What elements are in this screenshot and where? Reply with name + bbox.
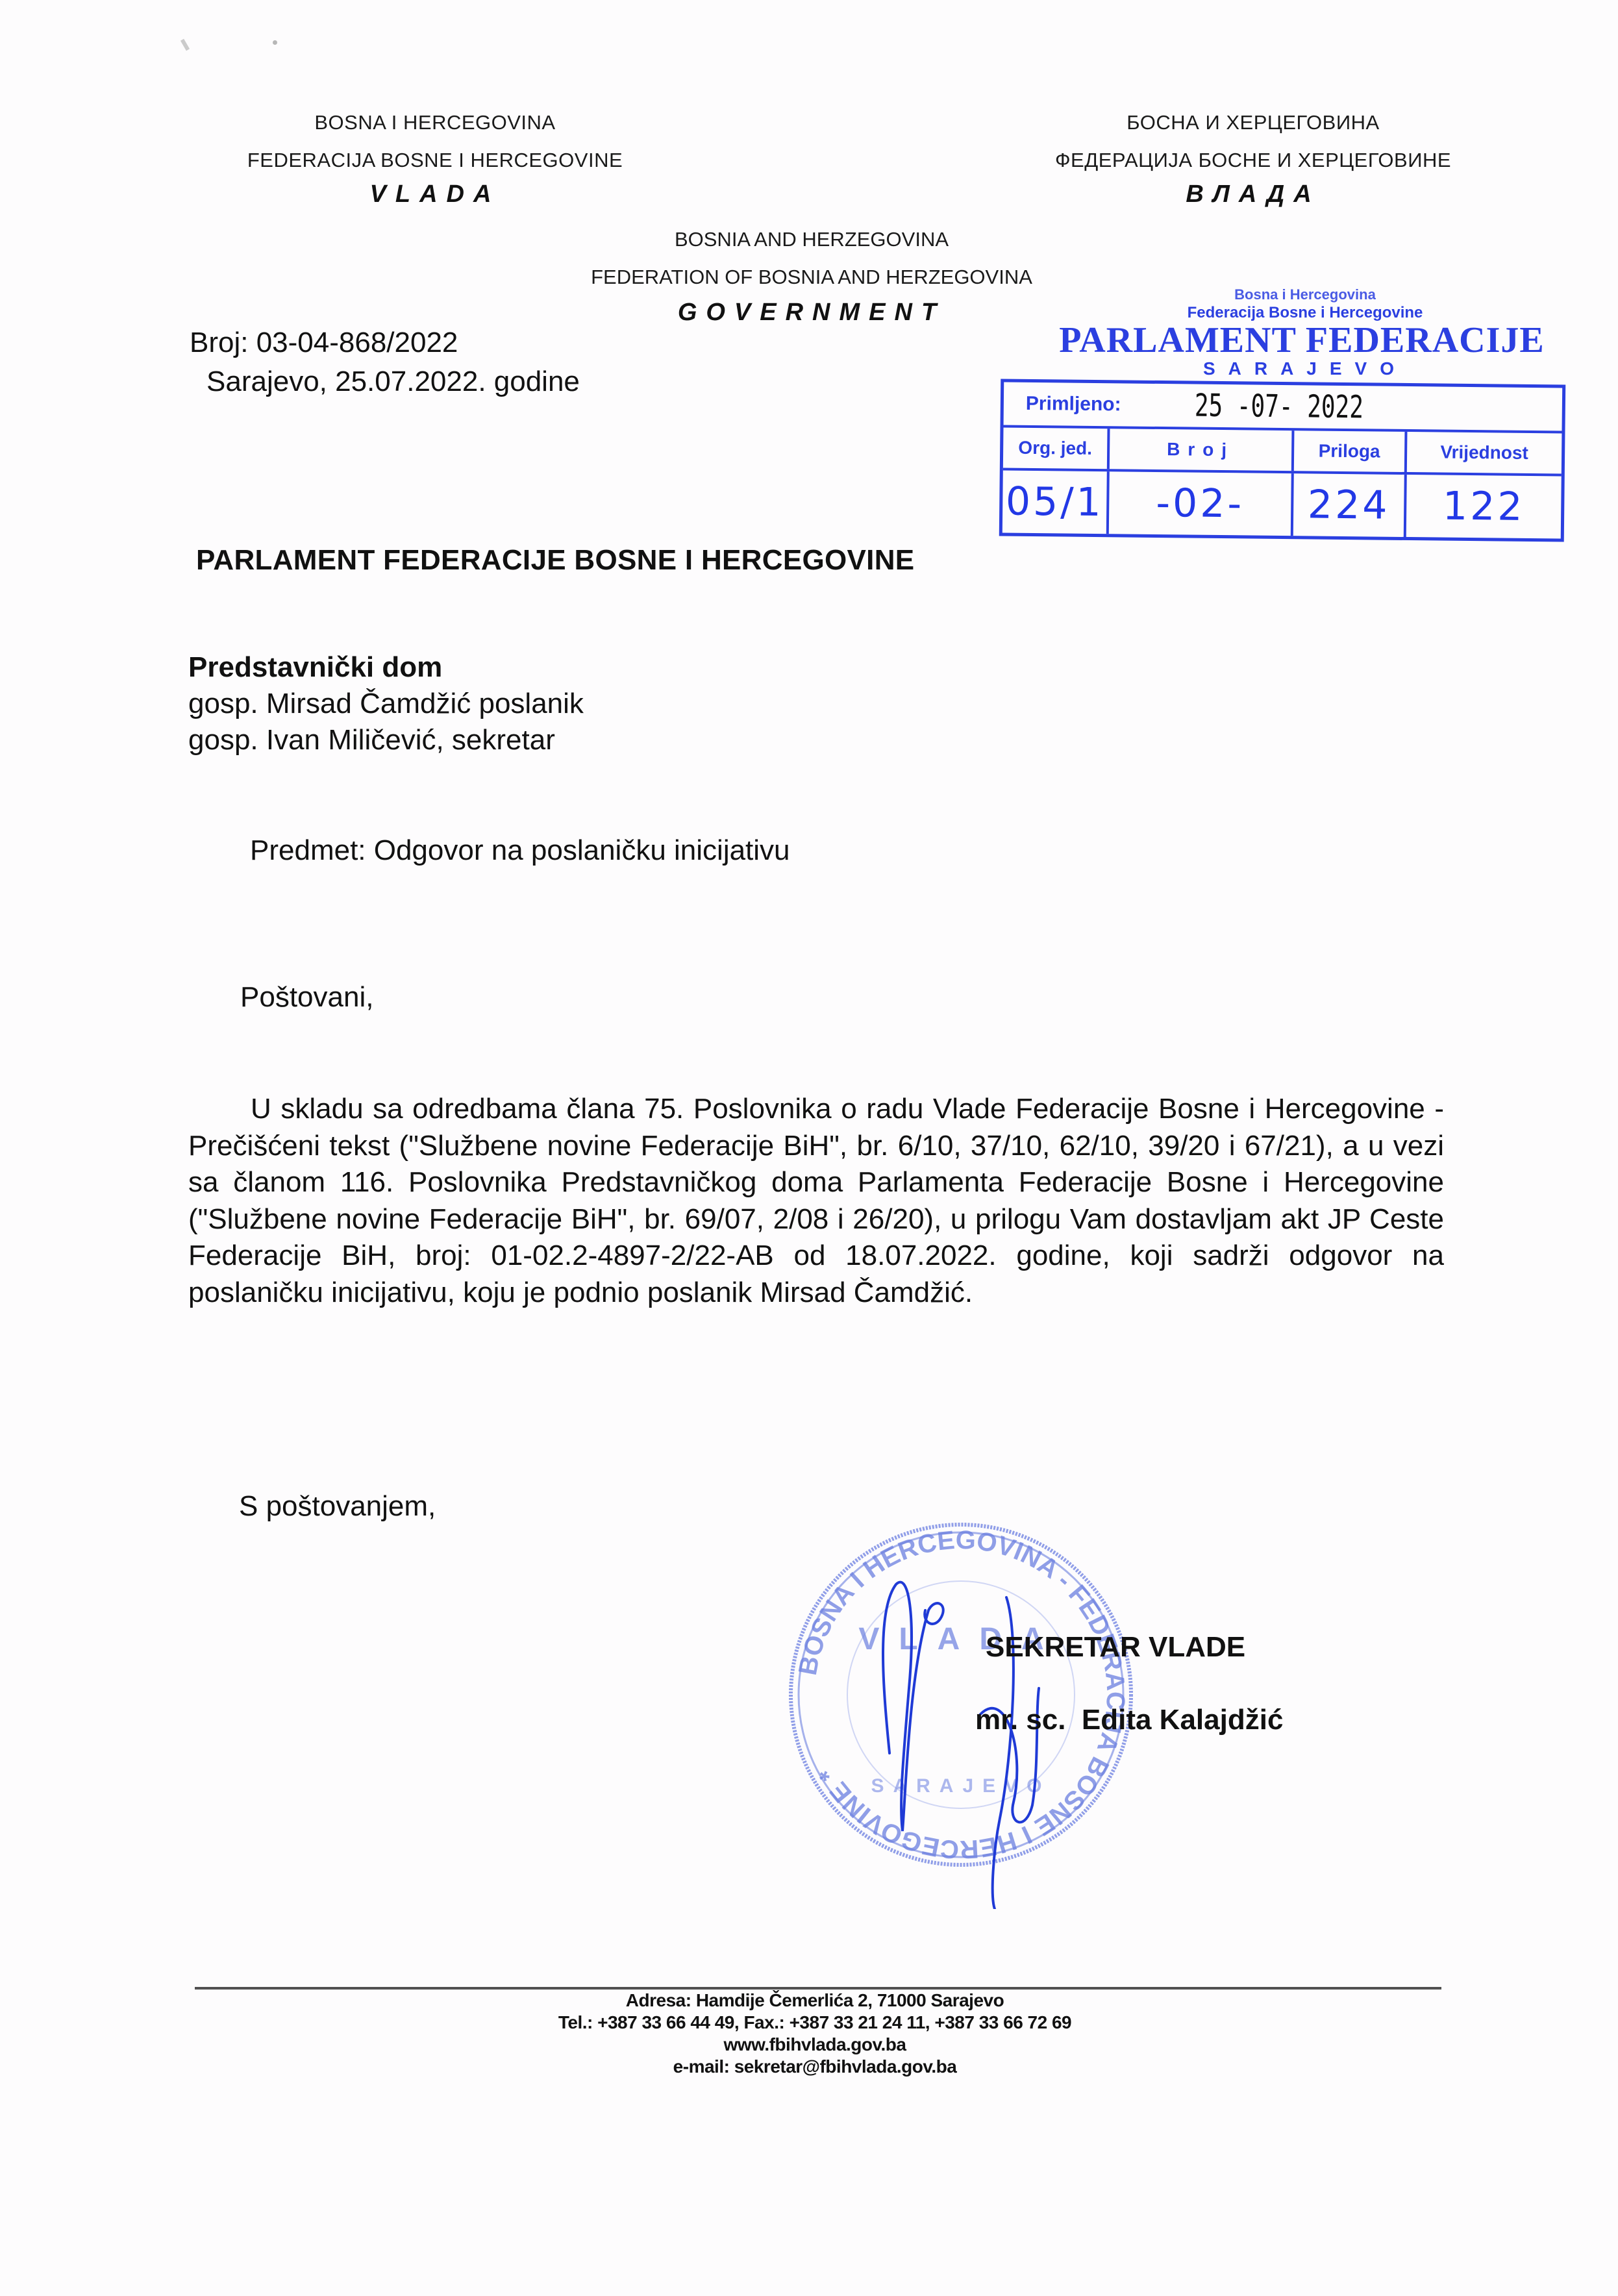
stamp-values-row: 05/1 -02- 224 122 (1002, 470, 1562, 538)
addressee-institution: PARLAMENT FEDERACIJE BOSNE I HERCEGOVINE (196, 544, 914, 577)
stamp-received-label: Primljeno: (1004, 382, 1195, 427)
reference-place-date: Sarajevo, 25.07.2022. godine (206, 362, 580, 401)
footer: Adresa: Hamdije Čemerlića 2, 71000 Saraj… (182, 1990, 1448, 2078)
stamp-col-vrijednost: Vrijednost (1407, 432, 1562, 473)
stamp-received-row: Primljeno: 25 -07- 2022 (1004, 382, 1563, 434)
stamp-val-priloga: 224 (1293, 473, 1407, 537)
header-center-line1: BOSNIA AND HERZEGOVINA (558, 221, 1065, 258)
stamp-title: PARLAMENT FEDERACIJE (1000, 322, 1571, 358)
recipient-2: gosp. Ivan Miličević, sekretar (188, 722, 584, 758)
stamp-table: Primljeno: 25 -07- 2022 Org. jed. Broj P… (999, 379, 1565, 542)
addressee-house: Predstavnički dom (188, 649, 584, 686)
signature-name: mr. sc. Edita Kalajdžić (975, 1704, 1283, 1736)
header-center: BOSNIA AND HERZEGOVINA FEDERATION OF BOS… (558, 221, 1065, 327)
body-paragraph: U skladu sa odredbama člana 75. Poslovni… (188, 1091, 1444, 1311)
stamp-city: SARAJEVO (1000, 358, 1571, 379)
header-right-line1: БОСНА И ХЕРЦЕГОВИНА (1000, 104, 1506, 142)
stamp-line2: Federacija Bosne i Hercegovine (1000, 304, 1571, 322)
footer-address: Adresa: Hamdije Čemerlića 2, 71000 Saraj… (182, 1990, 1448, 2012)
stamp-line1: Bosna i Hercegovina (1000, 286, 1571, 304)
header-center-line2: FEDERATION OF BOSNIA AND HERZEGOVINA (558, 258, 1065, 296)
header-left-line1: BOSNA I HERCEGOVINA (175, 104, 695, 142)
footer-email[interactable]: e-mail: sekretar@fbihvlada.gov.ba (182, 2056, 1448, 2078)
header-right-line2: ФЕДЕРАЦИЈА БОСНЕ И ХЕРЦЕГОВИНЕ (1000, 142, 1506, 179)
stamp-val-broj: -02- (1109, 471, 1294, 536)
received-stamp: Bosna i Hercegovina Federacija Bosne i H… (1000, 286, 1571, 539)
stamp-col-priloga: Priloga (1294, 430, 1408, 472)
scan-speck (273, 40, 277, 45)
stamp-col-org: Org. jed. (1003, 427, 1110, 469)
stamp-header-row: Org. jed. Broj Priloga Vrijednost (1003, 427, 1562, 476)
subject-line: Predmet: Odgovor na poslaničku inicijati… (250, 832, 790, 869)
closing: S poštovanjem, (239, 1488, 436, 1525)
scan-speck (180, 39, 190, 51)
header-left-line2: FEDERACIJA BOSNE I HERCEGOVINE (175, 142, 695, 179)
footer-phones: Tel.: +387 33 66 44 49, Fax.: +387 33 21… (182, 2012, 1448, 2034)
stamp-val-org: 05/1 (1002, 470, 1110, 534)
header-right-title: ВЛАДА (1000, 181, 1506, 208)
header-left: BOSNA I HERCEGOVINA FEDERACIJA BOSNE I H… (175, 104, 695, 208)
addressee-block: Predstavnički dom gosp. Mirsad Čamdžić p… (188, 649, 584, 758)
salutation: Poštovani, (240, 979, 373, 1016)
header-left-title: VLADA (175, 181, 695, 208)
reference-number: Broj: 03-04-868/2022 (190, 323, 458, 362)
stamp-received-date: 25 -07- 2022 (1195, 384, 1364, 429)
signature-title: SEKRETAR VLADE (986, 1631, 1245, 1664)
stamp-val-vrijednost: 122 (1406, 475, 1562, 538)
recipient-1: gosp. Mirsad Čamdžić poslanik (188, 686, 584, 722)
footer-website[interactable]: www.fbihvlada.gov.ba (182, 2034, 1448, 2056)
stamp-col-broj: Broj (1110, 429, 1295, 471)
header-right: БОСНА И ХЕРЦЕГОВИНА ФЕДЕРАЦИЈА БОСНЕ И Х… (1000, 104, 1506, 208)
header-center-title: GOVERNMENT (558, 299, 1065, 327)
